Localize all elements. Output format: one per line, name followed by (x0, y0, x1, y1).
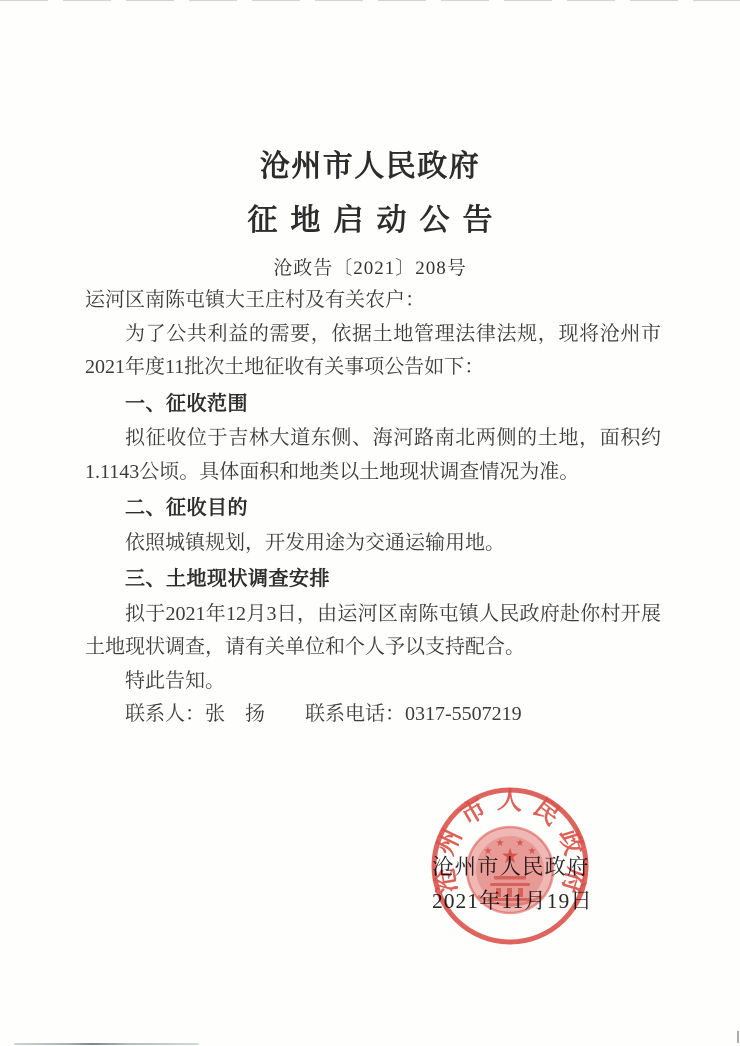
section-2-heading: 二、征收目的 (85, 492, 661, 526)
document-body: 运河区南陈屯镇大王庄村及有关农户： 为了公共利益的需要，依据土地管理法律法规，现… (85, 284, 661, 732)
emblem-small-star-icon: ★ (496, 838, 505, 849)
contact-person-name: 张 扬 (205, 703, 265, 725)
scan-artifact-bottom-edge (14, 1043, 199, 1045)
section-1-heading: 一、征收范围 (85, 388, 661, 422)
closing-note: 特此告知。 (85, 665, 661, 699)
document-page: 沧州市人民政府 征地启动公告 沧政告〔2021〕208号 运河区南陈屯镇大王庄村… (0, 0, 740, 1046)
contact-line: 联系人：张 扬联系电话：0317-5507219 (85, 698, 661, 732)
section-3-heading: 三、土地现状调查安排 (85, 563, 661, 597)
section-2-body: 依照城镇规划，开发用途为交通运输用地。 (85, 527, 661, 561)
intro-paragraph: 为了公共利益的需要，依据土地管理法律法规，现将沧州市2021年度11批次土地征收… (85, 318, 661, 385)
scan-artifact-top-edge (0, 0, 740, 1)
salutation: 运河区南陈屯镇大王庄村及有关农户： (85, 284, 661, 318)
scan-artifact-right-tick (737, 1031, 739, 1043)
contact-phone-label: 联系电话： (305, 703, 405, 725)
signature-date: 2021年11月19日 (432, 885, 593, 919)
section-3-body: 拟于2021年12月3日，由运河区南陈屯镇人民政府赴你村开展土地现状调查，请有关… (85, 598, 661, 665)
signature-issuer: 沧州市人民政府 (432, 851, 593, 885)
title-block: 沧州市人民政府 征地启动公告 沧政告〔2021〕208号 (0, 141, 740, 280)
contact-phone-number: 0317-5507219 (405, 703, 522, 725)
document-number: 沧政告〔2021〕208号 (0, 253, 740, 280)
signature-block: 沧州市人民政府 2021年11月19日 (432, 851, 593, 918)
section-1-body: 拟征收位于吉林大道东侧、海河路南北两侧的土地，面积约1.1143公顷。具体面积和… (85, 422, 661, 489)
announcement-title: 征地启动公告 (13, 195, 740, 239)
emblem-small-star-icon: ★ (516, 838, 525, 849)
issuer-title: 沧州市人民政府 (0, 141, 740, 185)
contact-person-label: 联系人： (125, 703, 205, 725)
